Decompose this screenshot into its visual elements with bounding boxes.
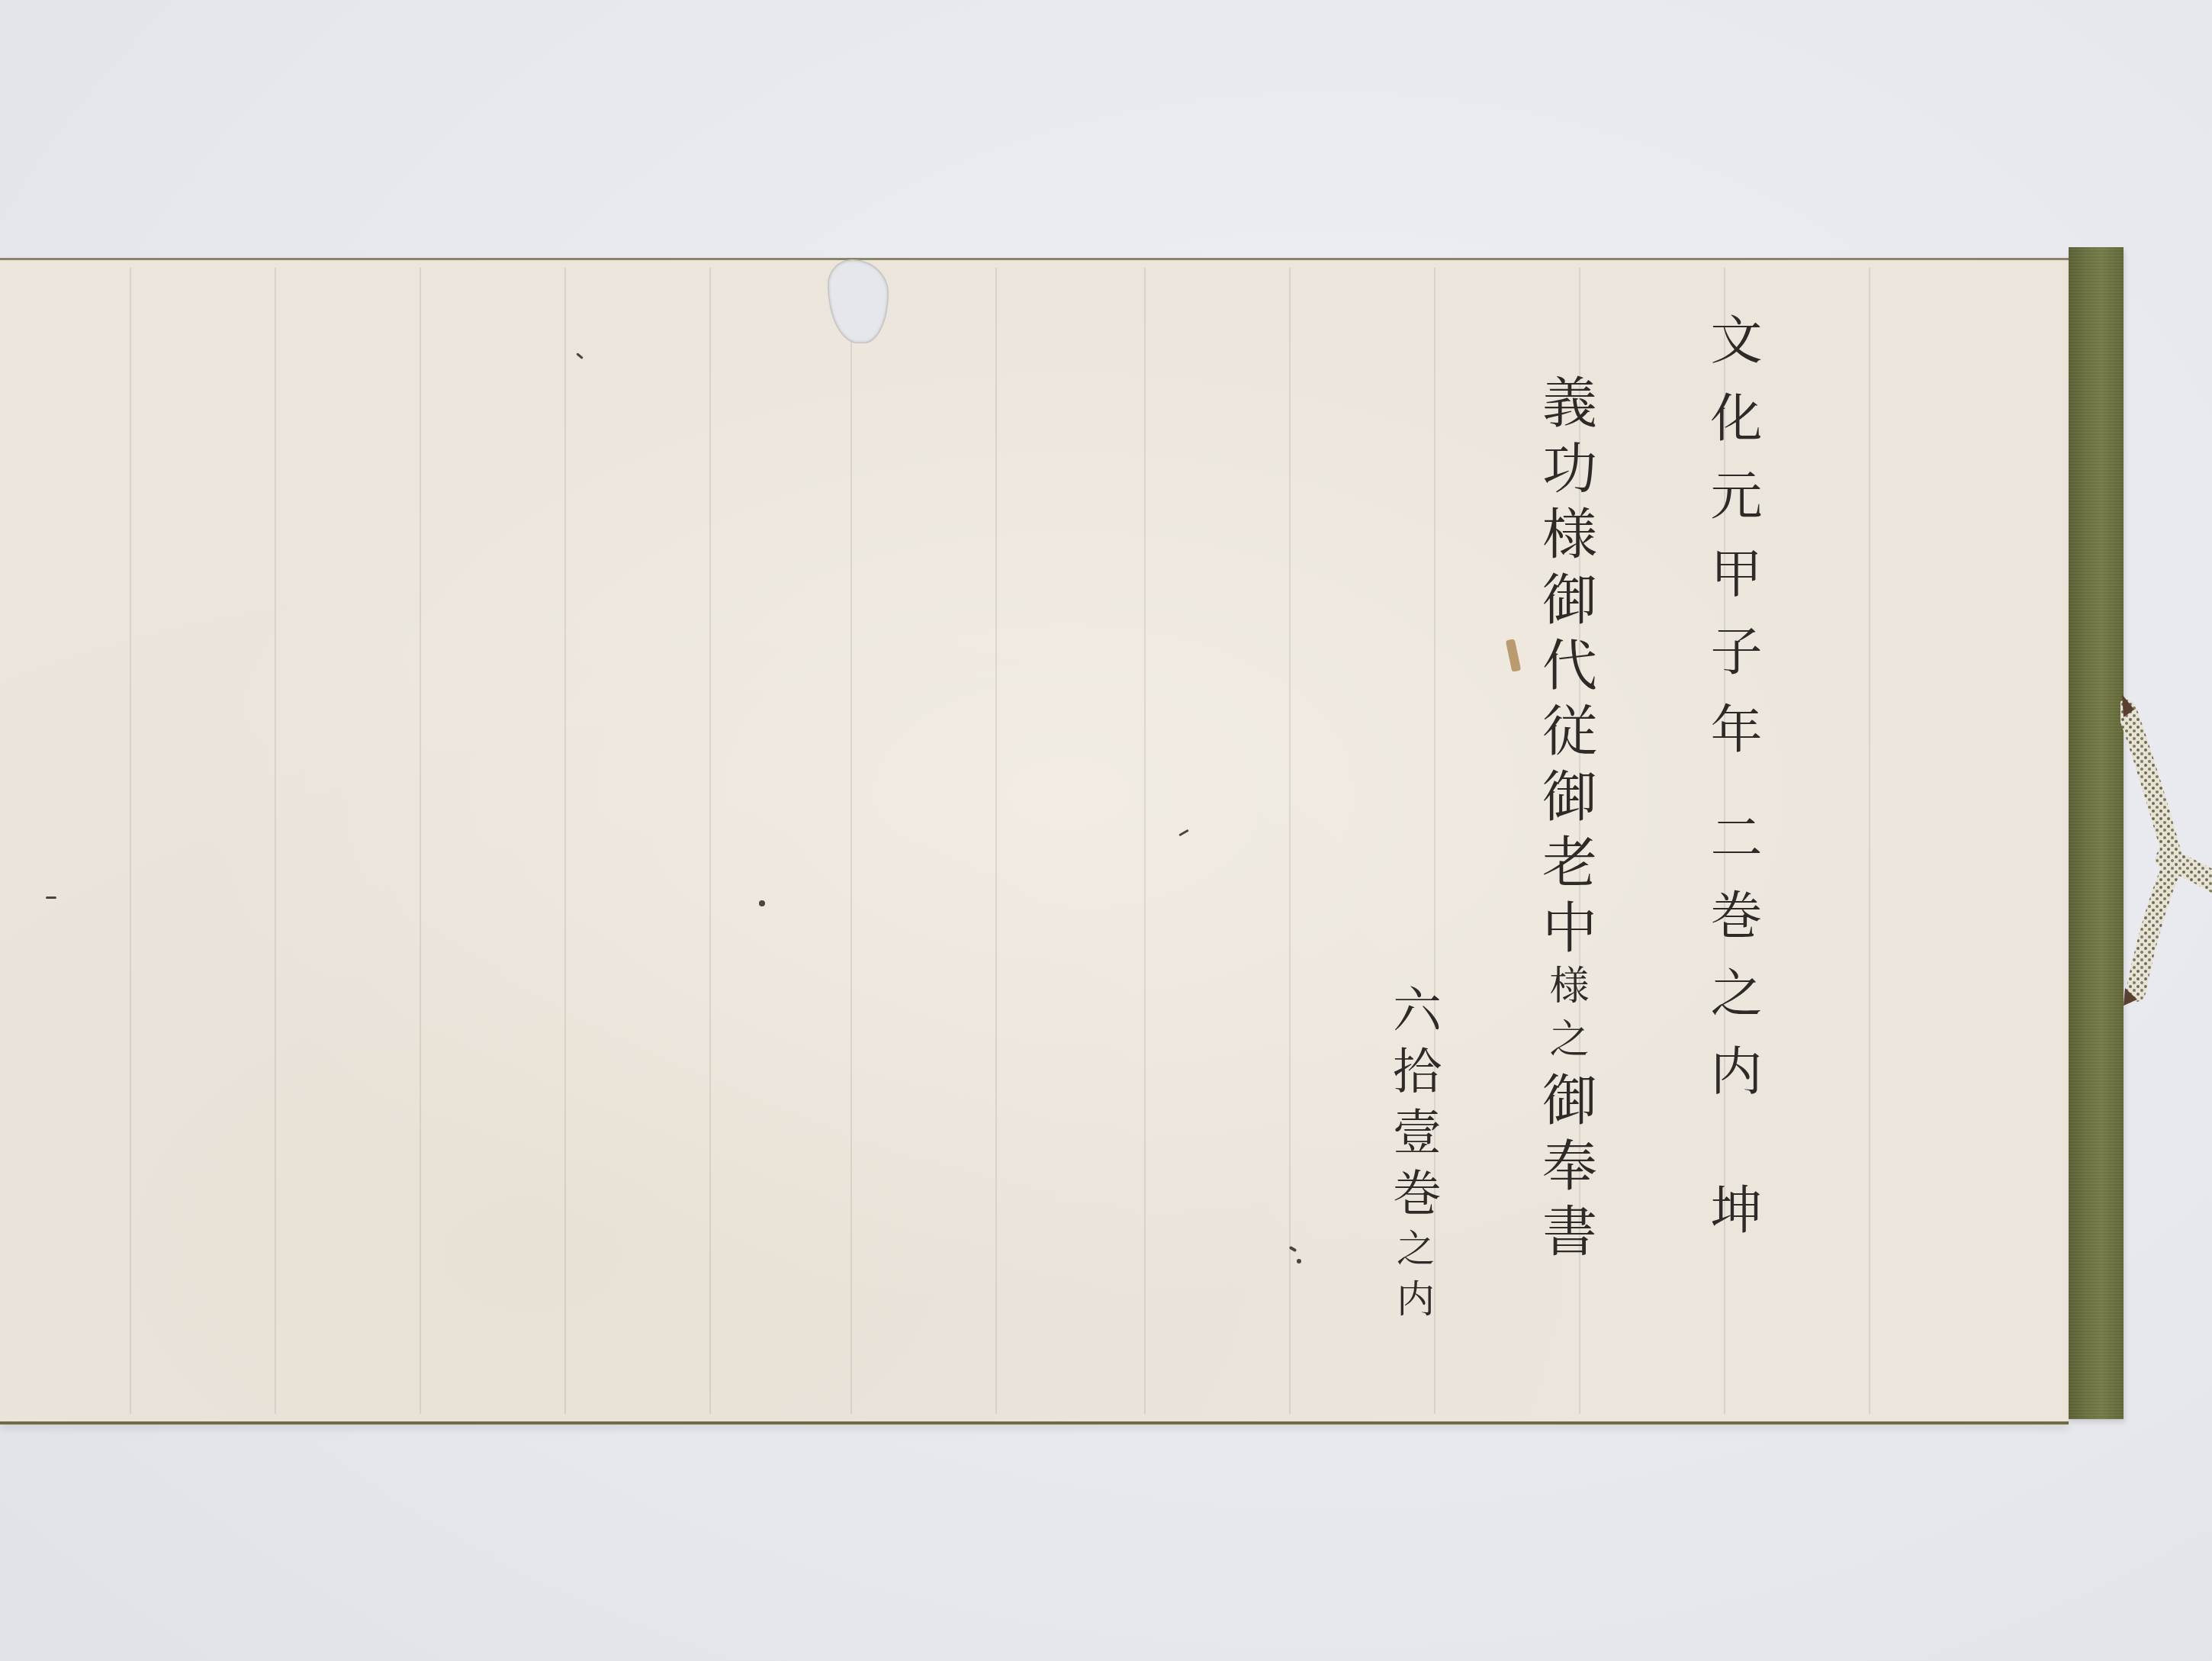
ruled-line (275, 268, 276, 1414)
title-small-text: 様之 (1542, 964, 1588, 1071)
paper-speck (759, 900, 765, 906)
text-column-series: 六拾壹巻之内 (1378, 984, 1448, 1329)
ruled-line (130, 268, 131, 1414)
date-text: 文化元甲子年 (1702, 313, 1762, 780)
ruled-line (1144, 268, 1146, 1414)
text-column-title: 義功様御代従御老中様之御奉書 (1526, 374, 1605, 1268)
ruled-line (850, 268, 852, 1414)
ruled-line (1289, 268, 1291, 1414)
paper-speck (1297, 1259, 1301, 1263)
title-main-text: 義功様御代従御老中 (1533, 374, 1597, 964)
text-column-date: 文化元甲子年二巻之内坤 (1695, 313, 1769, 1260)
ruled-line (564, 268, 566, 1414)
ruled-line (995, 268, 997, 1414)
volume-label-kun: 坤 (1702, 1183, 1762, 1260)
title-end-text: 御奉書 (1533, 1071, 1597, 1268)
volume-count-text: 二巻之内 (1702, 810, 1762, 1122)
ruled-line (709, 268, 711, 1414)
paper-speck (46, 896, 56, 899)
silk-binding-edge (2069, 247, 2124, 1419)
series-small-text: 之内 (1391, 1228, 1435, 1329)
ruled-line (1869, 268, 1870, 1414)
tie-cord (2120, 687, 2212, 1007)
ruled-line (420, 268, 421, 1414)
series-main-text: 六拾壹巻 (1384, 984, 1441, 1228)
